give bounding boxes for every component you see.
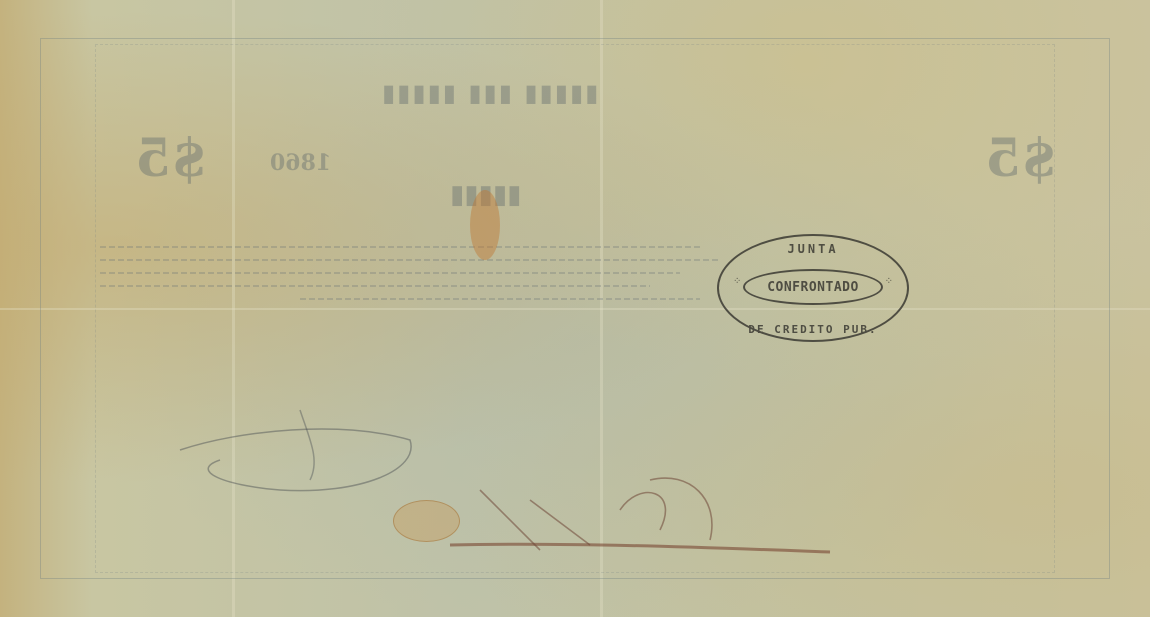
rust-stain	[470, 190, 500, 260]
denomination-left: $5	[135, 128, 207, 189]
stamp-ornament: ⁘	[885, 276, 893, 287]
stamp-center: CONFRONTADO	[743, 269, 883, 305]
show-through-text-lines	[100, 235, 1100, 311]
signature-faded	[160, 400, 440, 510]
show-through-year: 1860	[270, 150, 331, 176]
denomination-right: $5	[985, 128, 1057, 189]
stamp-ornament: ⁘	[733, 276, 741, 287]
stamp-top-text: JUNTA	[719, 242, 907, 256]
stamp-center-text: CONFRONTADO	[767, 280, 859, 295]
stamp-bottom-text: DE CREDITO PUB.	[719, 323, 907, 336]
junta-credito-publico-stamp: JUNTA ⁘ ⁘ CONFRONTADO DE CREDITO PUB.	[717, 234, 909, 342]
banknote-reverse: $5 $5 1860 ▮▮▮▮▮ ▮▮▮ ▮▮▮▮▮ ▮▮▮▮▮ JUNTA ⁘…	[0, 0, 1150, 617]
signature-ink	[420, 460, 840, 570]
show-through-heading: ▮▮▮▮▮ ▮▮▮ ▮▮▮▮▮	[380, 78, 598, 107]
